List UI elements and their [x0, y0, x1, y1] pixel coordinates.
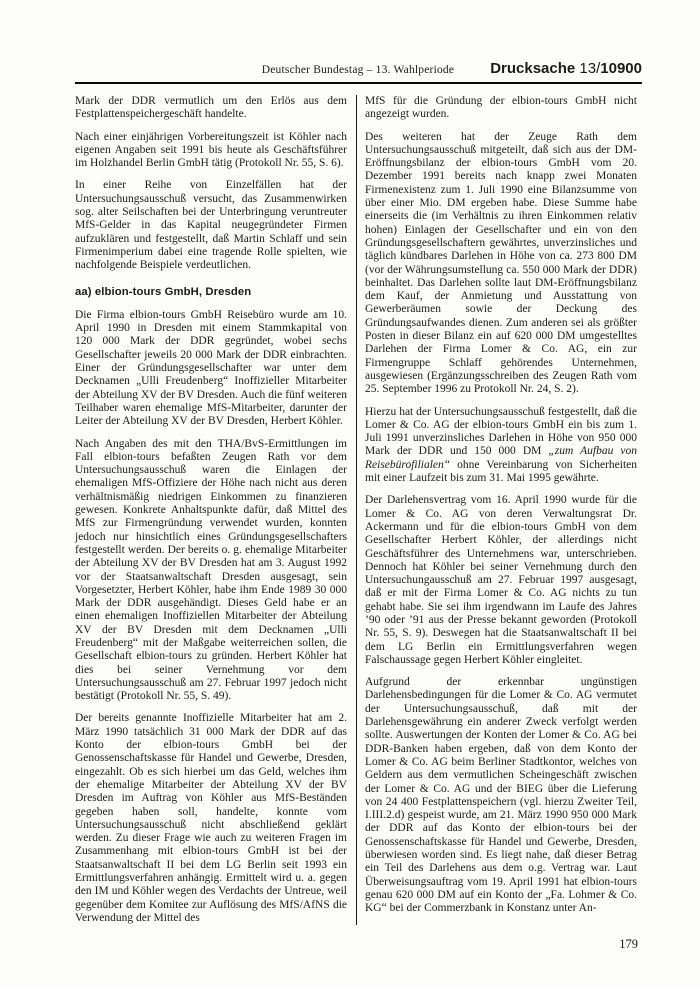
paragraph: Mark der DDR vermutlich um den Erlös aus…	[75, 95, 347, 122]
paragraph: Nach Angaben des mit den THA/BvS-Ermittl…	[75, 438, 347, 704]
left-column: Mark der DDR vermutlich um den Erlös aus…	[75, 95, 347, 925]
journal-title: Deutscher Bundestag – 13. Wahlperiode	[262, 64, 454, 76]
paragraph: Der Darlehensvertrag vom 16. April 1990 …	[365, 494, 637, 667]
header-rule	[75, 82, 642, 84]
page-header: Deutscher Bundestag – 13. Wahlperiode Dr…	[75, 60, 642, 84]
page-number: 179	[619, 937, 638, 952]
paragraph: Hierzu hat der Untersuchungsausschuß fes…	[365, 406, 637, 486]
right-column: MfS für die Gründung der elbion-tours Gm…	[365, 95, 637, 925]
paragraph: In einer Reihe von Einzelfällen hat der …	[75, 179, 347, 272]
paragraph: Des weiteren hat der Zeuge Rath dem Unte…	[365, 131, 637, 397]
paragraph: MfS für die Gründung der elbion-tours Gm…	[365, 95, 637, 122]
doc-label: Drucksache	[490, 60, 575, 77]
document-reference: Drucksache 13/10900	[490, 60, 642, 77]
paragraph: Nach einer einjährigen Vorbereitungszeit…	[75, 131, 347, 171]
document-page: Deutscher Bundestag – 13. Wahlperiode Dr…	[0, 0, 700, 989]
paragraph: Der bereits genannte Inoffizielle Mitarb…	[75, 712, 347, 925]
header-row: Deutscher Bundestag – 13. Wahlperiode Dr…	[75, 60, 642, 77]
column-divider	[356, 95, 357, 925]
doc-number-prefix: 13/	[579, 60, 600, 77]
paragraph: Die Firma elbion-tours GmbH Reisebüro wu…	[75, 309, 347, 429]
two-column-body: Mark der DDR vermutlich um den Erlös aus…	[75, 95, 637, 925]
paragraph: Aufgrund der erkennbar ungünstigen Darle…	[365, 676, 637, 915]
doc-number-main: 10900	[600, 60, 642, 77]
section-heading: aa) elbion-tours GmbH, Dresden	[75, 286, 347, 299]
